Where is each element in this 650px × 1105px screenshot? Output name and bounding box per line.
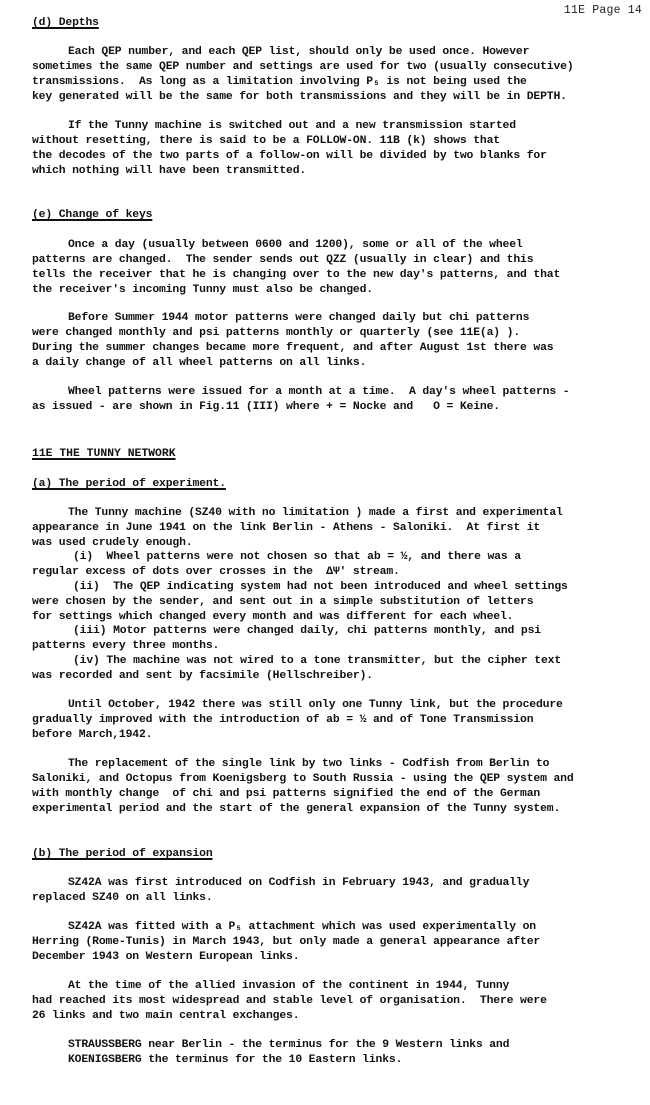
exchange-name: STRAUSSBERG — [68, 1039, 142, 1051]
text-line: Saloniki, and Octopus from Koenigsberg t… — [32, 772, 574, 786]
text-line: gradually improved with the introduction… — [32, 713, 533, 727]
exchange-name: KOENIGSBERG — [68, 1054, 142, 1066]
text-line: At the time of the allied invasion of th… — [68, 979, 509, 993]
text-line: regular excess of dots over crosses in t… — [32, 565, 400, 579]
exchange-line-strausberg: STRAUSSBERG near Berlin - the terminus f… — [68, 1038, 509, 1052]
text-line: SZ42A was fitted with a P₅ attachment wh… — [68, 920, 536, 934]
list-item-i: (i) Wheel patterns were not chosen so th… — [73, 550, 521, 564]
text-line: During the summer changes became more fr… — [32, 341, 553, 355]
text-line: was used crudely enough. — [32, 536, 192, 550]
text-line: had reached its most widespread and stab… — [32, 994, 547, 1008]
text-line: The replacement of the single link by tw… — [68, 757, 549, 771]
text-line: transmissions. As long as a limitation i… — [32, 75, 527, 89]
text-line: If the Tunny machine is switched out and… — [68, 119, 516, 133]
text-line: was recorded and sent by facsimile (Hell… — [32, 669, 373, 683]
heading-change-of-keys: (e) Change of keys — [32, 208, 152, 222]
text-line: tells the receiver that he is changing o… — [32, 268, 560, 282]
text-line: Wheel patterns were issued for a month a… — [68, 385, 569, 399]
exchange-line-koenigsberg: KOENIGSBERG the terminus for the 10 East… — [68, 1053, 402, 1067]
text-line: patterns are changed. The sender sends o… — [32, 253, 533, 267]
exchange-text: near Berlin - the terminus for the 9 Wes… — [142, 1039, 510, 1051]
text-line: Before Summer 1944 motor patterns were c… — [68, 311, 529, 325]
text-line: The Tunny machine (SZ40 with no limitati… — [68, 506, 563, 520]
text-line: experimental period and the start of the… — [32, 802, 560, 816]
heading-period-of-expansion: (b) The period of expansion — [32, 847, 213, 861]
text-line: before March,1942. — [32, 728, 152, 742]
text-line: as issued - are shown in Fig.11 (III) wh… — [32, 400, 500, 414]
text-line: key generated will be the same for both … — [32, 90, 567, 104]
heading-depths: (d) Depths — [32, 16, 99, 30]
text-line: the receiver's incoming Tunny must also … — [32, 283, 373, 297]
section-title-tunny-network: 11E THE TUNNY NETWORK — [32, 447, 176, 461]
text-line: December 1943 on Western European links. — [32, 950, 299, 964]
text-line: which nothing will have been transmitted… — [32, 164, 306, 178]
list-item-ii: (ii) The QEP indicating system had not b… — [73, 580, 568, 594]
text-line: replaced SZ40 on all links. — [32, 891, 213, 905]
text-line: the decodes of the two parts of a follow… — [32, 149, 547, 163]
text-line: Until October, 1942 there was still only… — [68, 698, 563, 712]
text-line: Once a day (usually between 0600 and 120… — [68, 238, 523, 252]
text-line: appearance in June 1941 on the link Berl… — [32, 521, 540, 535]
text-line: patterns every three months. — [32, 639, 219, 653]
text-line: were chosen by the sender, and sent out … — [32, 595, 533, 609]
list-item-iv: (iv) The machine was not wired to a tone… — [73, 654, 561, 668]
text-line: SZ42A was first introduced on Codfish in… — [68, 876, 529, 890]
heading-period-of-experiment: (a) The period of experiment. — [32, 477, 226, 491]
text-line: for settings which changed every month a… — [32, 610, 513, 624]
text-line: were changed monthly and psi patterns mo… — [32, 326, 520, 340]
text-line: without resetting, there is said to be a… — [32, 134, 500, 148]
text-line: Each QEP number, and each QEP list, shou… — [68, 45, 529, 59]
text-line: with monthly change of chi and psi patte… — [32, 787, 540, 801]
text-line: sometimes the same QEP number and settin… — [32, 60, 574, 74]
text-line: 26 links and two main central exchanges. — [32, 1009, 299, 1023]
exchange-text: the terminus for the 10 Eastern links. — [142, 1054, 403, 1066]
text-line: Herring (Rome-Tunis) in March 1943, but … — [32, 935, 540, 949]
text-line: a daily change of all wheel patterns on … — [32, 356, 366, 370]
page-number: 11E Page 14 — [564, 4, 642, 17]
list-item-iii: (iii) Motor patterns were changed daily,… — [73, 624, 541, 638]
document-page: 11E Page 14 (d) Depths Each QEP number, … — [0, 0, 650, 1105]
